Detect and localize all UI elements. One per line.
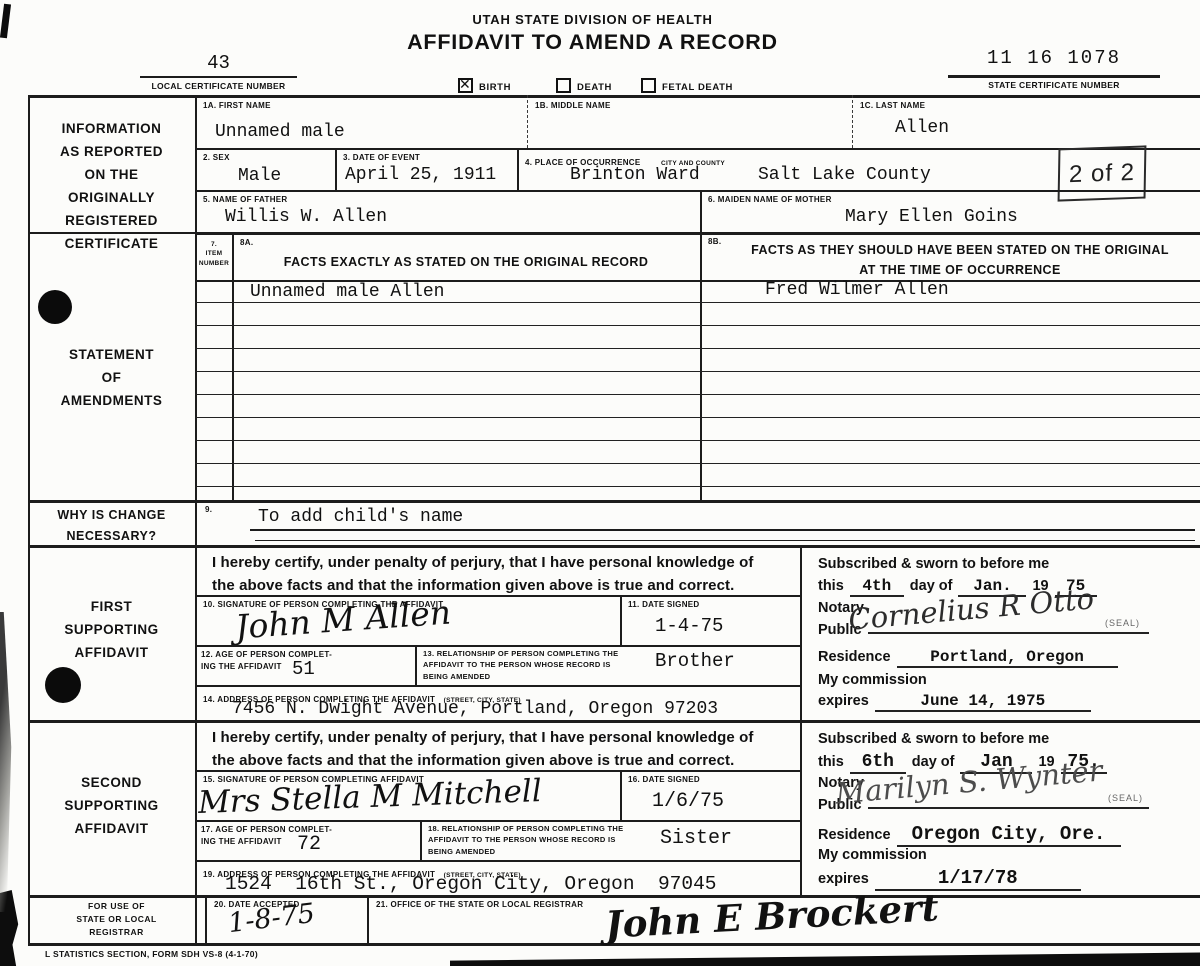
registrar-divider-1 [205,895,207,945]
aff1-divider-12-13 [415,645,417,685]
notary1-expires-blank: June 14, 1975 [875,692,1091,712]
notary2-sworn-line: Subscribed & sworn to before me [818,731,1049,747]
local-certificate-underline [140,76,297,78]
notary1-day-blank: 4th [850,577,904,597]
notary2-commission-line: My commission [818,847,927,863]
aff1-divider-sig-row [195,645,800,647]
field-3-label: 3. DATE OF EVENT [343,152,420,164]
hole-punch-icon [38,290,72,324]
aff1-divider-10-11 [620,595,622,645]
record-type-birth: BIRTH [458,78,511,96]
aff2-divider-age-row [195,860,800,862]
aff2-notary-divider [800,720,802,895]
field-9-rule-1 [250,529,1195,531]
state-certificate-number: 11 16 1078 [948,47,1160,69]
field-18-label: 18. RELATIONSHIP OF PERSON COMPLETING TH… [428,823,638,857]
field-6-label: 6. MAIDEN NAME OF MOTHER [708,194,832,206]
state-certificate-underline [948,75,1160,78]
notary1-residence-line: Residence Portland, Oregon [818,648,1118,668]
notary1-seal-text: (SEAL) [1105,618,1140,628]
notary2-seal-text: (SEAL) [1108,793,1143,803]
section-label-amendments: STATEMENT OF AMENDMENTS [28,344,195,413]
registrar-divider-2 [367,895,369,945]
field-13-label: 13. RELATIONSHIP OF PERSON COMPLETING TH… [423,648,633,682]
field-9-num: 9. [205,504,212,516]
table-row: Unnamed male Allen Fred Wilmer Allen [195,280,1200,303]
field-5-label: 5. NAME OF FATHER [203,194,288,206]
aff2-divider-17-18 [420,820,422,860]
col-8a-heading: FACTS EXACTLY AS STATED ON THE ORIGINAL … [240,252,692,272]
col-8b-num: 8B. [708,236,721,248]
section-divider-aff2 [28,895,1200,898]
field-16-label: 16. DATE SIGNED [628,774,700,786]
agency-name: UTAH STATE DIVISION OF HEALTH [0,12,1185,27]
field-5-value: Willis W. Allen [225,207,387,227]
affidavit1-certify-text: I hereby certify, under penalty of perju… [212,551,780,598]
field-12-value: 51 [292,658,315,680]
field-14-value: 7456 N. Dwight Avenue, Portland, Oregon … [232,699,718,719]
col-divider-5-6 [700,190,702,232]
col-8b-heading: FACTS AS THEY SHOULD HAVE BEEN STATED ON… [730,240,1190,280]
col-divider-3-4 [517,148,519,190]
section-label-registrar: FOR USE OF STATE OR LOCAL REGISTRAR [28,900,205,940]
table-row [195,395,1200,418]
notary1-sworn-line: Subscribed & sworn to before me [818,556,1049,572]
field-1a-value: Unnamed male [215,122,345,142]
field-1c-label: 1C. LAST NAME [860,100,925,112]
field-1c-value: Allen [895,118,949,138]
checkbox-fetal-death-icon [641,78,656,93]
record-type-fetal-death: FETAL DEATH [641,78,733,96]
row-divider-2 [195,190,1200,192]
amendment-corrected-value: Fred Wilmer Allen [765,280,949,300]
table-row [195,418,1200,441]
local-certificate-number: 43 [140,52,297,74]
table-row [195,326,1200,349]
notary2-signature-blank [868,807,1149,809]
affidavit-document: UTAH STATE DIVISION OF HEALTH AFFIDAVIT … [0,0,1200,966]
field-3-value: April 25, 1911 [345,165,496,185]
page-stamp: 2 of 2 [1058,145,1147,201]
field-9-value: To add child's name [258,507,463,527]
section-label-why: WHY IS CHANGE NECESSARY? [28,505,195,548]
field-2-value: Male [238,166,281,186]
form-top-border [28,95,1200,98]
section-divider-amendments [28,500,1200,503]
col-divider-1a-1b [527,95,528,148]
affidavit2-certify-text: I hereby certify, under penalty of perju… [212,726,780,773]
state-certificate-label: STATE CERTIFICATE NUMBER [938,79,1170,92]
field-17-value: 72 [297,833,321,856]
field-9-rule-2 [255,540,1195,541]
notary1-signature-blank [868,632,1149,634]
table-row [195,441,1200,464]
table-row [195,349,1200,372]
checkbox-birth-icon [458,78,473,93]
amendment-original-value: Unnamed male Allen [250,282,444,302]
notary1-expires-line: expires June 14, 1975 [818,692,1091,712]
field-2-label: 2. SEX [203,152,230,164]
notary1-residence-blank: Portland, Oregon [897,648,1118,668]
field-11-label: 11. DATE SIGNED [628,599,699,611]
col-divider-2-3 [335,148,337,190]
field-11-value: 1-4-75 [655,615,723,637]
section-label-affidavit2: SECOND SUPPORTING AFFIDAVIT [28,772,195,841]
section-label-original-info: INFORMATION AS REPORTED ON THE ORIGINALL… [28,118,195,256]
notary2-expires-line: expires 1/17/78 [818,867,1081,891]
field-6-value: Mary Ellen Goins [845,207,1018,227]
form-id-text: L STATISTICS SECTION, FORM SDH VS-8 (4-1… [45,948,258,961]
amendments-table: Unnamed male Allen Fred Wilmer Allen [195,280,1200,509]
field-1b-label: 1B. MIDDLE NAME [535,100,611,112]
table-row [195,372,1200,395]
hole-punch-icon [45,667,81,703]
side-column-divider [195,95,197,945]
checkbox-death-icon [556,78,571,93]
field-19-value: 1524 16th St., Oregon City, Oregon 97045 [225,873,716,895]
field-21-label: 21. OFFICE OF THE STATE OR LOCAL REGISTR… [376,899,583,911]
field-18-value: Sister [660,827,732,850]
checkbox-fetal-death-label: FETAL DEATH [662,82,733,93]
notary2-residence-line: Residence Oregon City, Ore. [818,823,1121,847]
aff2-divider-15-16 [620,770,622,820]
section-divider-aff1 [28,720,1200,723]
col-8a-num: 8A. [240,237,253,249]
aff1-divider-age-row [195,685,800,687]
field-16-value: 1/6/75 [652,790,724,813]
aff2-divider-sig-row [195,820,800,822]
row-divider-1 [195,148,1200,150]
item-number-col-label: 7. ITEM NUMBER [196,240,232,268]
row-divider-3 [195,232,1200,235]
field-4-city-value: Brinton Ward [570,165,700,185]
scan-edge-left [0,612,15,912]
aff1-notary-divider [800,545,802,720]
local-certificate-label: LOCAL CERTIFICATE NUMBER [120,80,317,93]
aff1-divider-certify [195,595,800,597]
section-label-affidavit1: FIRST SUPPORTING AFFIDAVIT [28,596,195,665]
notary2-residence-blank: Oregon City, Ore. [897,823,1121,847]
table-row [195,464,1200,487]
aff2-divider-certify [195,770,800,772]
notary1-commission-line: My commission [818,672,927,688]
record-type-death: DEATH [556,78,612,96]
checkbox-death-label: DEATH [577,82,612,93]
field-4-county-value: Salt Lake County [758,165,931,185]
table-row [195,303,1200,326]
field-13-value: Brother [655,650,735,672]
scan-edge-bottom [450,948,1200,966]
table-row [195,487,1200,509]
side-divider-1 [28,232,195,234]
field-1a-label: 1A. FIRST NAME [203,100,271,112]
col-divider-1b-1c [852,95,853,148]
checkbox-birth-label: BIRTH [479,82,511,93]
section-divider-why [28,545,1200,548]
